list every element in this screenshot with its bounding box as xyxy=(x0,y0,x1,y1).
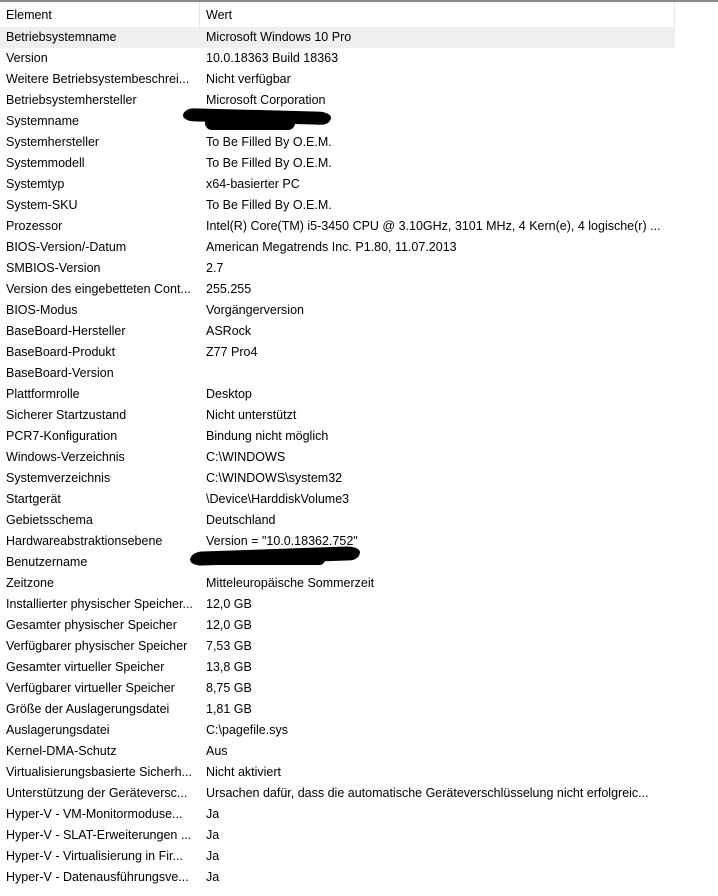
row-element-name: Unterstützung der Geräteversc... xyxy=(0,783,200,804)
row-element-value: 8,75 GB xyxy=(200,678,675,699)
row-element-name: Version xyxy=(0,48,200,69)
table-row[interactable]: Verfügbarer physischer Speicher7,53 GB xyxy=(0,636,675,657)
row-element-value: Ja xyxy=(200,846,675,867)
row-element-name: Hyper-V - Datenausführungsve... xyxy=(0,867,200,888)
row-element-value: Bindung nicht möglich xyxy=(200,426,675,447)
row-element-value: C:\WINDOWS xyxy=(200,447,675,468)
row-element-value: 1,81 GB xyxy=(200,699,675,720)
row-element-name: PCR7-Konfiguration xyxy=(0,426,200,447)
row-element-value: 10.0.18363 Build 18363 xyxy=(200,48,675,69)
row-element-name: Kernel-DMA-Schutz xyxy=(0,741,200,762)
row-element-name: Startgerät xyxy=(0,489,200,510)
row-element-value: Nicht aktiviert xyxy=(200,762,675,783)
row-element-value: C:\WINDOWS\system32 xyxy=(200,468,675,489)
table-row[interactable]: SystemherstellerTo Be Filled By O.E.M. xyxy=(0,132,675,153)
table-row[interactable]: Windows-VerzeichnisC:\WINDOWS xyxy=(0,447,675,468)
table-row[interactable]: Startgerät\Device\HarddiskVolume3 xyxy=(0,489,675,510)
row-element-name: Hyper-V - SLAT-Erweiterungen ... xyxy=(0,825,200,846)
row-element-name: BIOS-Version/-Datum xyxy=(0,237,200,258)
table-row[interactable]: SystemverzeichnisC:\WINDOWS\system32 xyxy=(0,468,675,489)
row-element-name: Plattformrolle xyxy=(0,384,200,405)
row-element-value: 255.255 xyxy=(200,279,675,300)
table-row[interactable]: GebietsschemaDeutschland xyxy=(0,510,675,531)
row-element-value: x64-basierter PC xyxy=(200,174,675,195)
redaction-systemname-fill xyxy=(205,116,295,130)
table-row[interactable]: Verfügbarer virtueller Speicher8,75 GB xyxy=(0,678,675,699)
row-element-value: To Be Filled By O.E.M. xyxy=(200,153,675,174)
table-row[interactable]: ZeitzoneMitteleuropäische Sommerzeit xyxy=(0,573,675,594)
row-element-name: Systemtyp xyxy=(0,174,200,195)
row-element-name: Windows-Verzeichnis xyxy=(0,447,200,468)
table-row[interactable]: Kernel-DMA-SchutzAus xyxy=(0,741,675,762)
table-row[interactable]: BetriebsystemherstellerMicrosoft Corpora… xyxy=(0,90,675,111)
table-row[interactable]: Version10.0.18363 Build 18363 xyxy=(0,48,675,69)
row-element-value: American Megatrends Inc. P1.80, 11.07.20… xyxy=(200,237,675,258)
row-element-name: BIOS-Modus xyxy=(0,300,200,321)
row-element-value: Nicht verfügbar xyxy=(200,69,675,90)
row-element-name: System-SKU xyxy=(0,195,200,216)
table-row[interactable]: Gesamter physischer Speicher12,0 GB xyxy=(0,615,675,636)
table-row[interactable]: Unterstützung der Geräteversc...Ursachen… xyxy=(0,783,675,804)
table-row[interactable]: SMBIOS-Version2.7 xyxy=(0,258,675,279)
table-row[interactable]: BetriebsystemnameMicrosoft Windows 10 Pr… xyxy=(0,27,675,48)
row-element-name: Hardwareabstraktionsebene xyxy=(0,531,200,552)
row-element-name: Systemverzeichnis xyxy=(0,468,200,489)
column-header-value[interactable]: Wert xyxy=(200,2,675,27)
row-element-value: Z77 Pro4 xyxy=(200,342,675,363)
table-rows: BetriebsystemnameMicrosoft Windows 10 Pr… xyxy=(0,27,675,888)
table-row[interactable]: BIOS-ModusVorgängerversion xyxy=(0,300,675,321)
row-element-name: Hyper-V - VM-Monitormoduse... xyxy=(0,804,200,825)
row-element-name: Systemname xyxy=(0,111,200,132)
row-element-value: To Be Filled By O.E.M. xyxy=(200,195,675,216)
row-element-name: Zeitzone xyxy=(0,573,200,594)
table-row[interactable]: Virtualisierungsbasierte Sicherh...Nicht… xyxy=(0,762,675,783)
row-element-name: Verfügbarer physischer Speicher xyxy=(0,636,200,657)
column-header-element[interactable]: Element xyxy=(0,2,200,27)
row-element-value: 7,53 GB xyxy=(200,636,675,657)
row-element-value: Ja xyxy=(200,825,675,846)
table-row[interactable]: BaseBoard-ProduktZ77 Pro4 xyxy=(0,342,675,363)
table-row[interactable]: Hyper-V - Virtualisierung in Fir...Ja xyxy=(0,846,675,867)
table-row[interactable]: BaseBoard-HerstellerASRock xyxy=(0,321,675,342)
row-element-value: ASRock xyxy=(200,321,675,342)
row-element-name: BaseBoard-Version xyxy=(0,363,200,384)
row-element-value: Vorgängerversion xyxy=(200,300,675,321)
row-element-name: Systemhersteller xyxy=(0,132,200,153)
table-row[interactable]: Hyper-V - Datenausführungsve...Ja xyxy=(0,867,675,888)
row-element-value xyxy=(200,363,675,384)
table-row[interactable]: BIOS-Version/-DatumAmerican Megatrends I… xyxy=(0,237,675,258)
table-row[interactable]: PCR7-KonfigurationBindung nicht möglich xyxy=(0,426,675,447)
row-element-name: Größe der Auslagerungsdatei xyxy=(0,699,200,720)
table-row[interactable]: BaseBoard-Version xyxy=(0,363,675,384)
row-element-value: 13,8 GB xyxy=(200,657,675,678)
row-element-value: Microsoft Corporation xyxy=(200,90,675,111)
row-element-name: Betriebsystemhersteller xyxy=(0,90,200,111)
row-element-name: Verfügbarer virtueller Speicher xyxy=(0,678,200,699)
table-row[interactable]: Größe der Auslagerungsdatei1,81 GB xyxy=(0,699,675,720)
row-element-value: Ja xyxy=(200,804,675,825)
table-row[interactable]: Hyper-V - VM-Monitormoduse...Ja xyxy=(0,804,675,825)
table-row[interactable]: Weitere Betriebsystembeschrei...Nicht ve… xyxy=(0,69,675,90)
row-element-name: Systemmodell xyxy=(0,153,200,174)
table-row[interactable]: Installierter physischer Speicher...12,0… xyxy=(0,594,675,615)
row-element-name: Sicherer Startzustand xyxy=(0,405,200,426)
row-element-name: Virtualisierungsbasierte Sicherh... xyxy=(0,762,200,783)
system-summary-listview[interactable]: Element Wert BetriebsystemnameMicrosoft … xyxy=(0,2,675,888)
table-row[interactable]: Sicherer StartzustandNicht unterstützt xyxy=(0,405,675,426)
row-element-name: Prozessor xyxy=(0,216,200,237)
row-element-value: Ursachen dafür, dass die automatische Ge… xyxy=(200,783,675,804)
row-element-value: Microsoft Windows 10 Pro xyxy=(200,27,675,48)
row-element-name: Version des eingebetteten Cont... xyxy=(0,279,200,300)
table-row[interactable]: SystemmodellTo Be Filled By O.E.M. xyxy=(0,153,675,174)
row-element-name: Betriebsystemname xyxy=(0,27,200,48)
row-element-value: 12,0 GB xyxy=(200,594,675,615)
table-row[interactable]: Systemname xyxy=(0,111,675,132)
row-element-value: C:\pagefile.sys xyxy=(200,720,675,741)
table-row[interactable]: Version des eingebetteten Cont...255.255 xyxy=(0,279,675,300)
redaction-username-fill xyxy=(215,554,325,565)
table-row[interactable]: Hyper-V - SLAT-Erweiterungen ...Ja xyxy=(0,825,675,846)
row-element-value: Deutschland xyxy=(200,510,675,531)
table-row[interactable]: AuslagerungsdateiC:\pagefile.sys xyxy=(0,720,675,741)
row-element-value: 2.7 xyxy=(200,258,675,279)
table-row[interactable]: PlattformrolleDesktop xyxy=(0,384,675,405)
row-element-name: Gesamter virtueller Speicher xyxy=(0,657,200,678)
table-row[interactable]: System-SKUTo Be Filled By O.E.M. xyxy=(0,195,675,216)
row-element-name: SMBIOS-Version xyxy=(0,258,200,279)
table-row[interactable]: Gesamter virtueller Speicher13,8 GB xyxy=(0,657,675,678)
row-element-value: Desktop xyxy=(200,384,675,405)
row-element-value: \Device\HarddiskVolume3 xyxy=(200,489,675,510)
row-element-name: Auslagerungsdatei xyxy=(0,720,200,741)
row-element-name: Benutzername xyxy=(0,552,200,573)
row-element-value: Ja xyxy=(200,867,675,888)
row-element-value: Aus xyxy=(200,741,675,762)
row-element-value: Nicht unterstützt xyxy=(200,405,675,426)
row-element-name: Gesamter physischer Speicher xyxy=(0,615,200,636)
row-element-value: Intel(R) Core(TM) i5-3450 CPU @ 3.10GHz,… xyxy=(200,216,675,237)
row-element-value: Mitteleuropäische Sommerzeit xyxy=(200,573,675,594)
row-element-name: Weitere Betriebsystembeschrei... xyxy=(0,69,200,90)
row-element-name: BaseBoard-Produkt xyxy=(0,342,200,363)
table-row[interactable]: Systemtypx64-basierter PC xyxy=(0,174,675,195)
row-element-value: To Be Filled By O.E.M. xyxy=(200,132,675,153)
row-element-name: BaseBoard-Hersteller xyxy=(0,321,200,342)
row-element-name: Hyper-V - Virtualisierung in Fir... xyxy=(0,846,200,867)
table-row[interactable]: ProzessorIntel(R) Core(TM) i5-3450 CPU @… xyxy=(0,216,675,237)
column-header: Element Wert xyxy=(0,2,675,27)
row-element-name: Installierter physischer Speicher... xyxy=(0,594,200,615)
row-element-value: 12,0 GB xyxy=(200,615,675,636)
row-element-name: Gebietsschema xyxy=(0,510,200,531)
